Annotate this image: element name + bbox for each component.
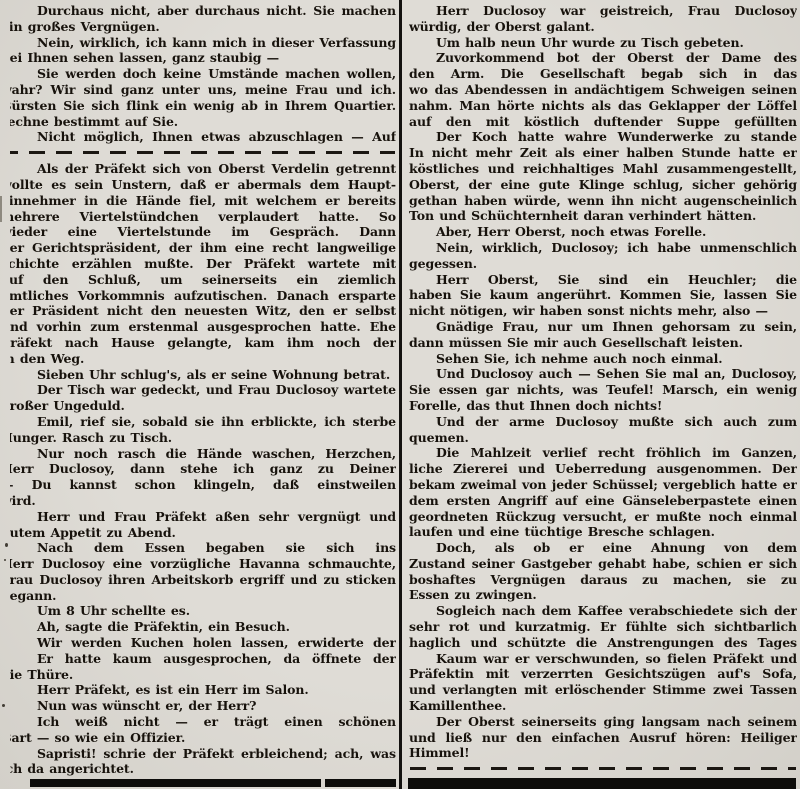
text-line: Durchaus nicht, aber durchaus nicht. Sie…	[10, 3, 396, 19]
text-line: und ließ nur den einfachen Ausruf hören:…	[409, 730, 797, 746]
text-line: bei Ihnen sehen lassen, ganz staubig —	[10, 50, 396, 66]
text-line: geordneten Rückzug versucht, er mußte no…	[409, 509, 797, 525]
text-line: Sieben Uhr schlug's, als er seine Wohnun…	[10, 367, 396, 383]
clipped-headline-bar-left	[30, 779, 396, 787]
text-line: Sogleich nach dem Kaffee verabschiedete …	[409, 603, 797, 619]
text-line: Doch, als ob er eine Ahnung von dem eige…	[409, 540, 797, 556]
text-line: und verlangten mit erlöschender Stimme z…	[409, 682, 797, 698]
text-line: den Arm. Die Gesellschaft begab sich in …	[409, 66, 797, 82]
text-line: gegessen.	[409, 256, 797, 272]
text-line: bekam zweimal von jeder Schüssel; vergeb…	[409, 477, 797, 493]
text-line: wird.	[10, 493, 396, 509]
text-line: Forelle, das thut Ihnen doch nichts!	[409, 398, 797, 414]
text-line: auf den mit köstlich duftender Suppe gef…	[409, 114, 797, 130]
text-line: Bart — so wie ein Offizier.	[10, 730, 396, 746]
text-line: Der Tisch war gedeckt, und Frau Duclosoy…	[10, 382, 396, 398]
text-line: auf den Schluß, um seinerseits ein zieml…	[10, 272, 396, 288]
text-line: quemen.	[409, 430, 797, 446]
newspaper-scan-page: Durchaus nicht, aber durchaus nicht. Sie…	[0, 0, 800, 789]
text-line: Oberst, der eine gute Klinge schlug, sic…	[409, 177, 797, 193]
text-line: ein großes Vergnügen.	[10, 19, 396, 35]
text-line: in den Weg.	[10, 351, 396, 367]
text-line: boshaftes Vergnügen daraus zu machen, si…	[409, 572, 797, 588]
ink-speck	[5, 543, 8, 547]
text-line: Himmel!	[409, 745, 797, 761]
text-line: Kaum war er verschwunden, so fielen Präf…	[409, 651, 797, 667]
text-line: Er hatte kaum ausgesprochen, da öffnete …	[10, 651, 396, 667]
text-line: würdig, der Oberst galant.	[409, 19, 797, 35]
text-line: Wir werden Kuchen holen lassen, erwidert…	[10, 635, 396, 651]
text-line: und vorhin zum erstenmal ausgesprochen h…	[10, 319, 396, 335]
text-line: Bürsten Sie sich flink ein wenig ab in I…	[10, 98, 396, 114]
text-line: der Gerichtspräsident, der ihm eine rech…	[10, 240, 396, 256]
text-line: Ton und Schüchternheit daran verhindert …	[409, 208, 797, 224]
text-line: Der Oberst seinerseits ging langsam nach…	[409, 714, 797, 730]
text-line: gethan haben würde, wenn ihn nicht augen…	[409, 193, 797, 209]
text-line: Aber, Herr Oberst, noch etwas Forelle.	[409, 224, 797, 240]
text-line: Der Koch hatte wahre Wunderwerke zu stan…	[409, 129, 797, 145]
text-line: Präfekt nach Hause gelangte, kam ihm noc…	[10, 335, 396, 351]
text-line: dem ersten Angriff auf eine Gänseleberpa…	[409, 493, 797, 509]
dashed-separator	[10, 151, 395, 154]
text-line: großer Ungeduld.	[10, 398, 396, 414]
text-line: wieder eine Viertelstunde im Gespräch. D…	[10, 224, 396, 240]
text-line: — Du kannst schon klingeln, daß einstwei…	[10, 477, 396, 493]
text-line: wollte es sein Unstern, daß er abermals …	[10, 177, 396, 193]
text-line: sehr rot und kurzatmig. Er fühlte sich s…	[409, 619, 797, 635]
text-line: Nun was wünscht er, der Herr?	[10, 698, 396, 714]
text-line: Zustand seiner Gastgeber gehabt habe, sc…	[409, 556, 797, 572]
right-column: Herr Duclosoy war geistreich, Frau Duclo…	[409, 0, 797, 781]
text-line: Sehen Sie, ich nehme auch noch einmal.	[409, 351, 797, 367]
text-line: Und der arme Duclosoy mußte sich auch zu…	[409, 414, 797, 430]
text-line: Nach dem Essen begaben sie sich ins Rauc…	[10, 540, 396, 556]
text-line: Nein, wirklich, Duclosoy; ich habe unmen…	[409, 240, 797, 256]
text-line: liche Ziererei und Ueberredung ausgenomm…	[409, 461, 797, 477]
text-line: nahm. Man hörte nichts als das Geklapper…	[409, 98, 797, 114]
text-line: Hunger. Rasch zu Tisch.	[10, 430, 396, 446]
text-line: Herr Duclosoy war geistreich, Frau Duclo…	[409, 3, 797, 19]
text-line: ich da angerichtet.	[10, 761, 396, 777]
text-line: Und Duclosoy auch — Sehen Sie mal an, Du…	[409, 366, 797, 382]
text-line: gutem Appetit zu Abend.	[10, 525, 396, 541]
text-line: Sie essen gar nichts, was Teufel! Marsch…	[409, 382, 797, 398]
text-line: Herr und Frau Präfekt aßen sehr vergnügt…	[10, 509, 396, 525]
text-line: köstliches und reichhaltiges Mahl zusamm…	[409, 161, 797, 177]
text-line: Herr Präfekt, es ist ein Herr im Salon.	[10, 682, 396, 698]
text-line: Zuvorkommend bot der Oberst der Dame des…	[409, 50, 797, 66]
text-line: Frau Duclosoy ihren Arbeitskorb ergriff …	[10, 572, 396, 588]
text-line: die Thüre.	[10, 667, 396, 683]
text-line: dann müssen Sie mir auch Gesellschaft le…	[409, 335, 797, 351]
text-line: haglich und schützte die Anstrengungen d…	[409, 635, 797, 651]
text-line: Nein, wirklich, ich kann mich in dieser …	[10, 35, 396, 51]
left-column-text: Durchaus nicht, aber durchaus nicht. Sie…	[10, 0, 396, 777]
text-line: Kamillenthee.	[409, 698, 797, 714]
text-line: Gnädige Frau, nur um Ihnen gehorsam zu s…	[409, 319, 797, 335]
text-line: In nicht mehr Zeit als einer halben Stun…	[409, 145, 797, 161]
clipped-headline-bar-right	[408, 778, 796, 789]
left-column: Durchaus nicht, aber durchaus nicht. Sie…	[10, 0, 396, 778]
text-line: einnehmer in die Hände fiel, mit welchem…	[10, 193, 396, 209]
ink-speck	[4, 559, 6, 561]
text-line: Essen zu zwingen.	[409, 587, 797, 603]
text-line: rechne bestimmt auf Sie.	[10, 114, 396, 130]
text-line: Die Mahlzeit verlief recht fröhlich im G…	[409, 445, 797, 461]
text-line: amtliches Vorkommnis aufzutischen. Danac…	[10, 288, 396, 304]
text-line: Um halb neun Uhr wurde zu Tisch gebeten.	[409, 35, 797, 51]
text-line: der Präsident nicht den neuesten Witz, d…	[10, 303, 396, 319]
text-line: haben Sie kaum angerührt. Kommen Sie, la…	[409, 287, 797, 303]
text-line: Herr Duclosoy eine vorzügliche Havanna s…	[10, 556, 396, 572]
text-line: wahr? Wir sind ganz unter uns, meine Fra…	[10, 82, 396, 98]
ink-speck	[2, 704, 5, 707]
text-line: Ich weiß nicht — er trägt einen schönen …	[10, 714, 396, 730]
text-line: begann.	[10, 588, 396, 604]
column-divider-rule	[399, 0, 402, 789]
text-line: wo das Abendessen in andächtigem Schweig…	[409, 82, 797, 98]
text-line: Um 8 Uhr schellte es.	[10, 603, 396, 619]
text-line: Präfektin mit verzerrten Gesichtszügen a…	[409, 666, 797, 682]
dashed-separator	[410, 767, 796, 770]
text-line: schichte erzählen mußte. Der Präfekt war…	[10, 256, 396, 272]
text-line: Sapristi! schrie der Präfekt erbleichend…	[10, 746, 396, 762]
text-line: mehrere Viertelstündchen verplaudert hat…	[10, 209, 396, 225]
text-line: Herr Duclosoy, dann stehe ich ganz zu De…	[10, 461, 396, 477]
text-line: Sie werden doch keine Umstände machen wo…	[10, 66, 396, 82]
text-line: Nur noch rasch die Hände waschen, Herzch…	[10, 446, 396, 462]
text-line: Ah, sagte die Präfektin, ein Besuch.	[10, 619, 396, 635]
text-line: Als der Präfekt sich von Oberst Verdelin…	[10, 161, 396, 177]
text-line: nicht nötigen, wir haben sonst nichts me…	[409, 303, 797, 319]
text-line: Herr Oberst, Sie sind ein Heuchler; die …	[409, 272, 797, 288]
text-line: laufen und eine tüchtige Bresche schlage…	[409, 524, 797, 540]
text-line: Emil, rief sie, sobald sie ihn erblickte…	[10, 414, 396, 430]
text-line: Nicht möglich, Ihnen etwas abzuschlagen …	[10, 129, 396, 145]
scan-edge-smudge	[0, 196, 2, 222]
